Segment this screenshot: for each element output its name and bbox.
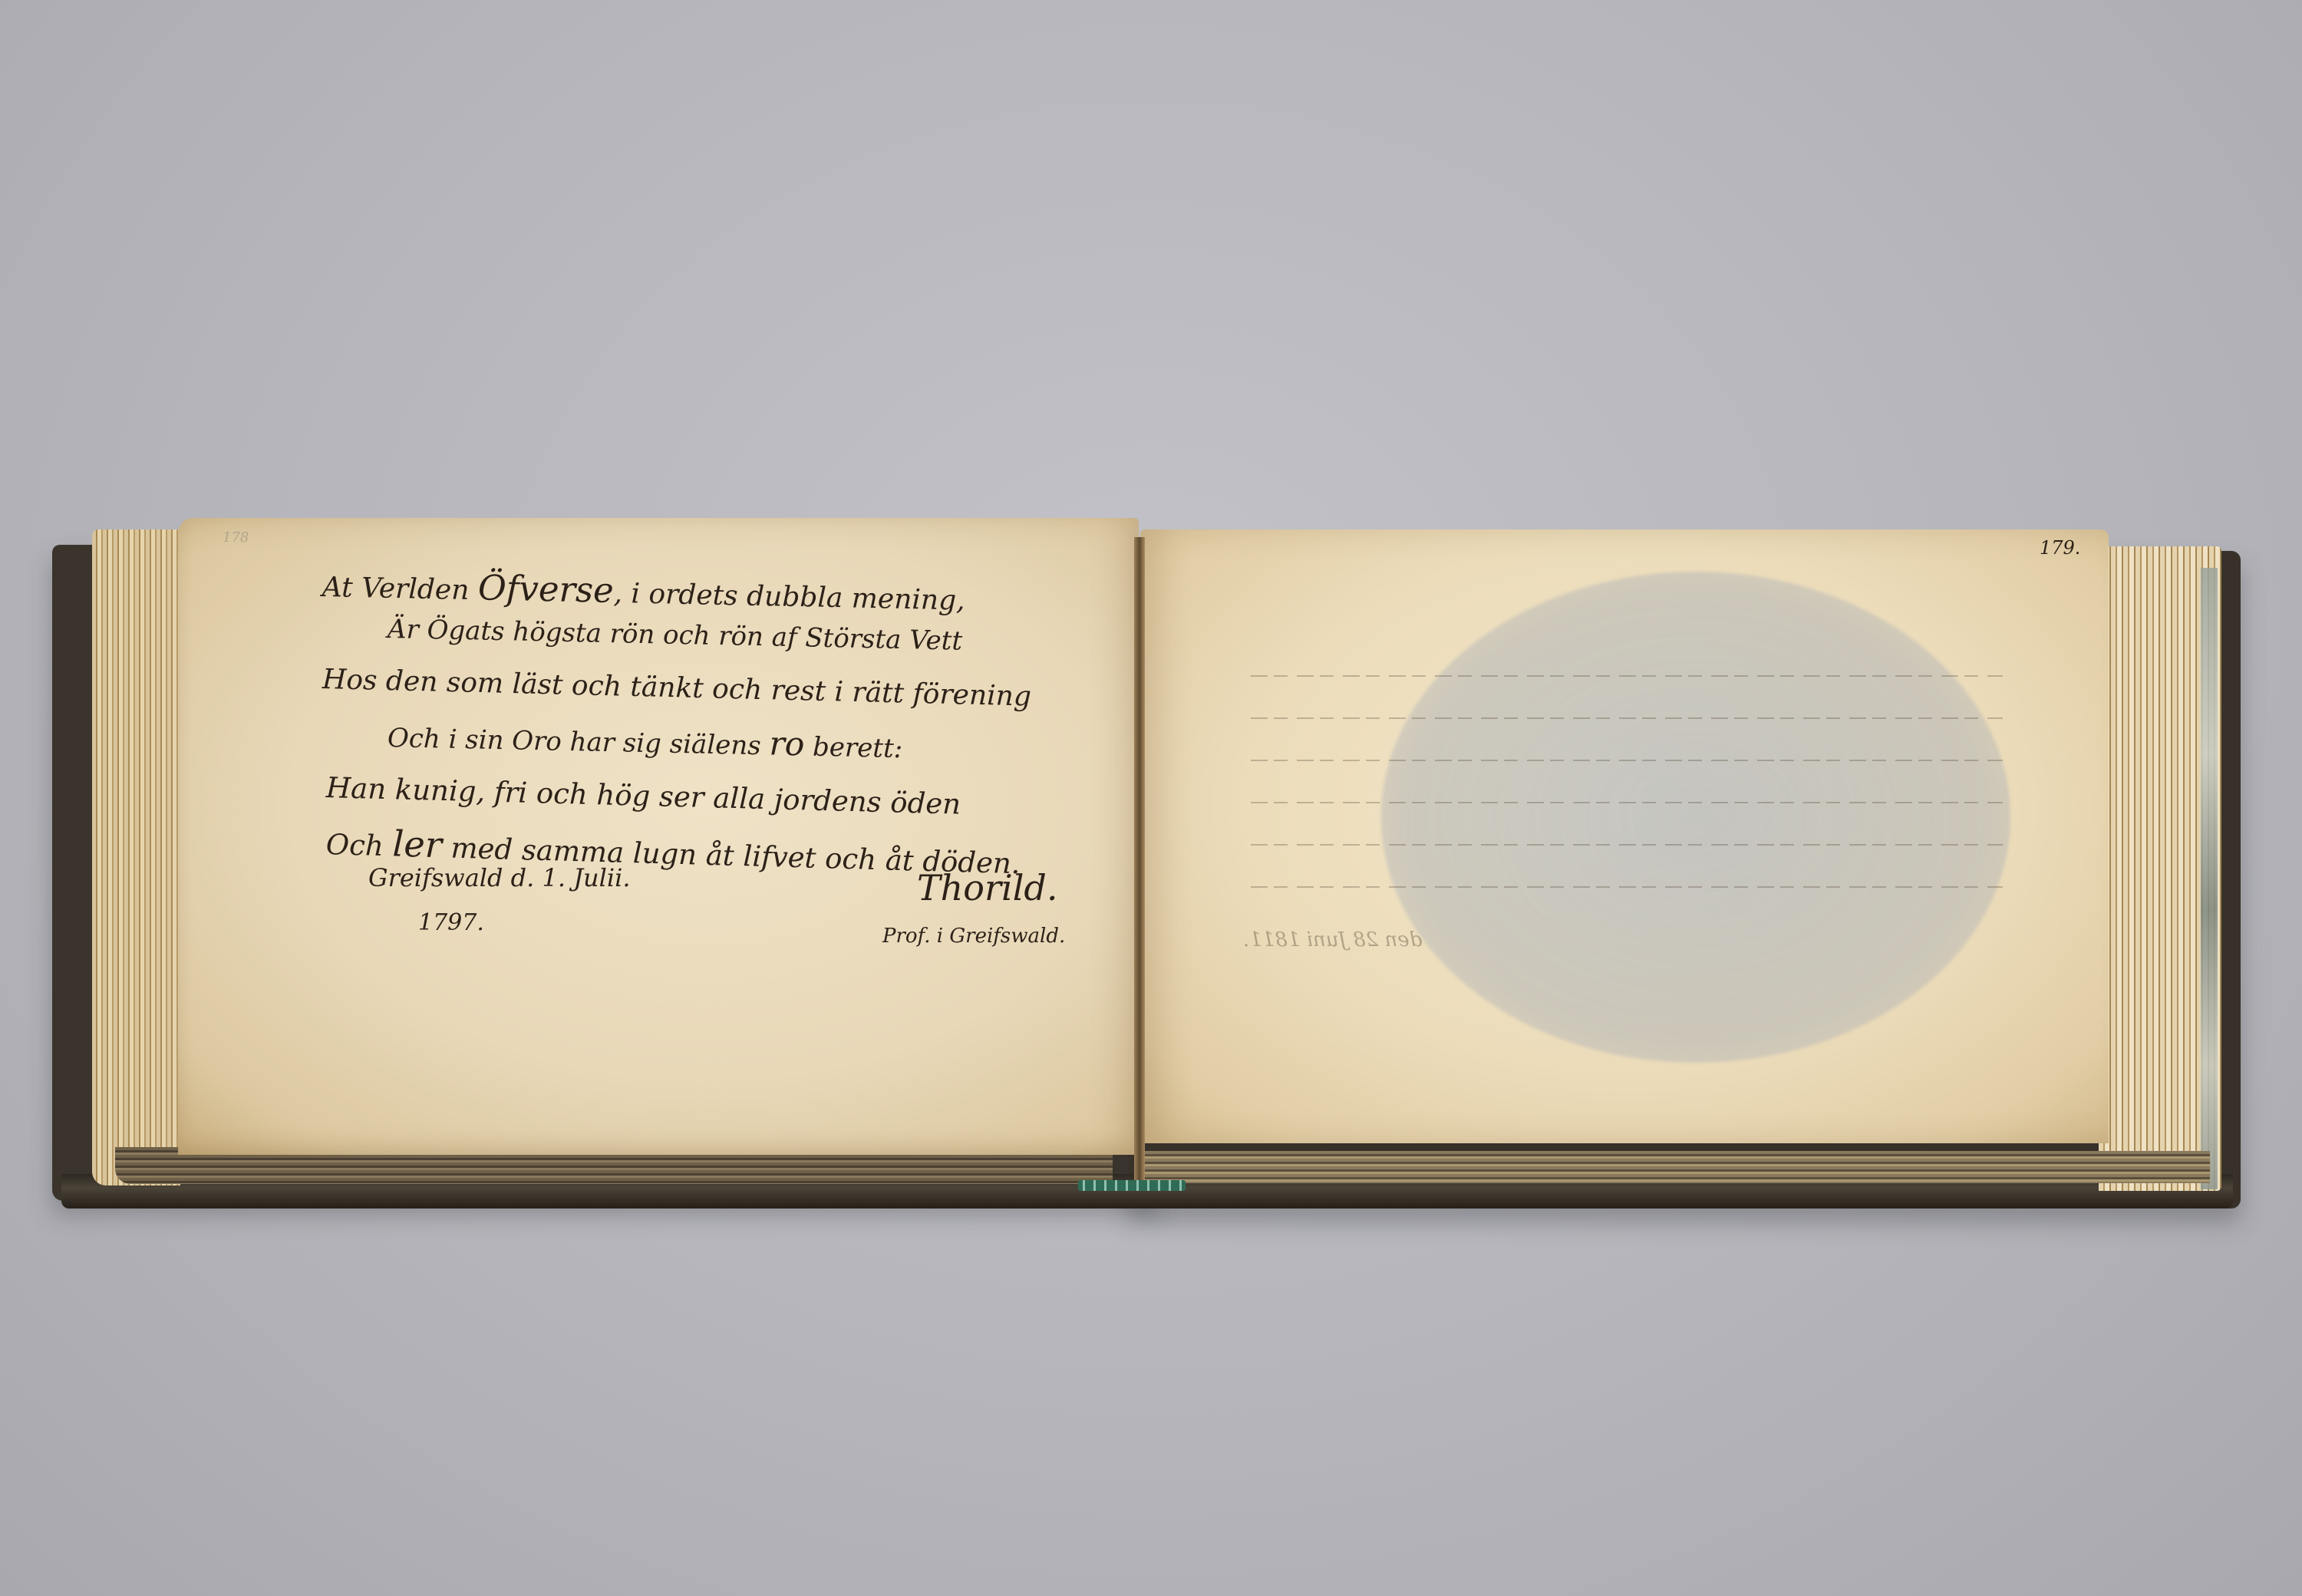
bleed-line <box>1251 886 2003 888</box>
place-date: Greifswald d. 1. Julii. <box>368 863 631 892</box>
poem-emphasis-word: ro <box>769 725 805 763</box>
bleed-line <box>1251 760 2003 761</box>
bleed-line <box>1251 802 2003 803</box>
signature: Thorild. <box>917 867 1057 908</box>
right-page-number: 179. <box>2040 537 2080 559</box>
marbled-endpaper-edge <box>2201 568 2218 1189</box>
bleed-line <box>1251 717 2003 719</box>
photo-scene: 178 At Verlden Öfverse, i ordets dubbla … <box>0 0 2302 1596</box>
bleed-line <box>1251 675 2003 677</box>
poem-emphasis-word: ler <box>392 823 443 866</box>
poem-line-text: Och i sin Oro har sig siälens <box>388 723 770 761</box>
signature-title: Prof. i Greifswald. <box>882 925 1065 948</box>
bleed-line <box>1251 844 2003 846</box>
poem-line-text: , i ordets dubbla mening, <box>613 578 965 617</box>
spine-headband <box>1078 1180 1186 1191</box>
left-page-number: 178 <box>223 529 249 546</box>
page-stack-left-fore-edge <box>92 529 180 1185</box>
poem-emphasis-word: Öfverse <box>477 567 614 611</box>
book-gutter <box>1134 537 1145 1182</box>
poem-line-text: berett: <box>804 731 903 764</box>
page-stack-right-bottom-edge <box>1136 1151 2210 1183</box>
bleed-through-text-lines <box>1251 675 2003 928</box>
poem-line-text: Och <box>325 828 393 862</box>
bleed-through-date: den 28 Juni 1811. <box>1243 928 2010 951</box>
poem-line-text: At Verlden <box>322 572 478 606</box>
year: 1797. <box>418 909 484 936</box>
